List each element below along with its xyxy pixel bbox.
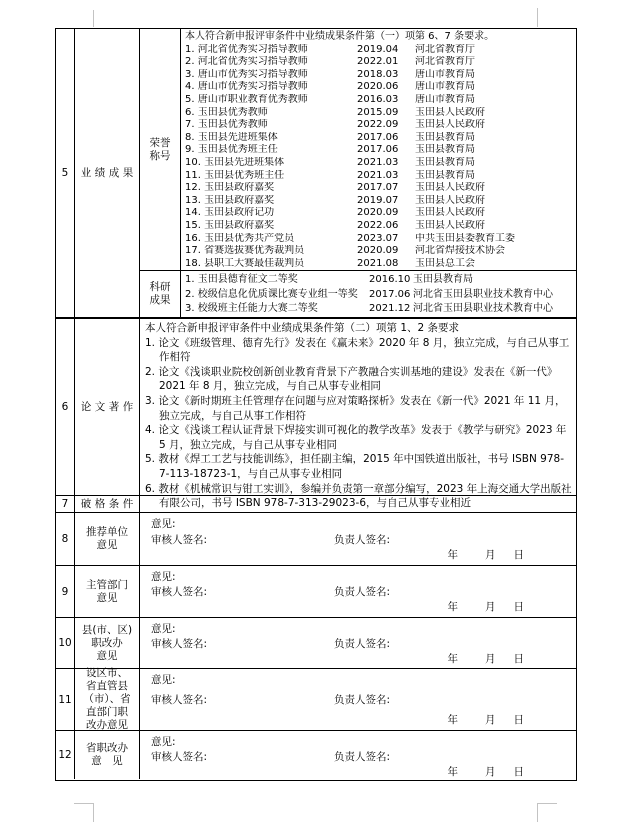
- honor-name: 10. 玉田县先进班集体: [185, 157, 357, 170]
- publications-cell: 本人符合新申报评审条件中业绩成果条件第（二）项第 1、2 条要求 1. 论文《班…: [140, 319, 576, 495]
- margin-mark-bottom-right-h: [537, 803, 557, 804]
- principal-signature-label: 负责人签名:: [334, 584, 390, 599]
- day-label: 日: [514, 601, 525, 613]
- honor-item: 16. 玉田县优秀共产党员 2023.07 中共玉田县委教育工委: [185, 233, 573, 246]
- research-agency: 河北省玉田县职业技术教育中心: [413, 288, 573, 303]
- honor-date: 2016.03: [357, 94, 415, 107]
- honor-agency: 玉田县人民政府: [415, 195, 573, 208]
- honor-name: 3. 唐山市优秀实习指导教师: [185, 69, 357, 82]
- signature-line: 审核人签名: 负责人签名:: [151, 692, 576, 707]
- honor-name: 6. 玉田县优秀教师: [185, 107, 357, 120]
- publication-item: 2. 论文《浅谈职业院校创新创业教育背景下产教融合实训基地的建设》发表在《新一代…: [145, 365, 572, 394]
- honor-agency: 河北省教育厅: [415, 44, 573, 57]
- honor-date: 2022.01: [357, 56, 415, 69]
- row-label-publications: 论文著作: [75, 319, 140, 495]
- honor-name: 2. 河北省优秀实习指导教师: [185, 56, 357, 69]
- honor-agency: 中共玉田县委教育工委: [415, 233, 573, 246]
- honor-item: 11. 玉田县优秀班主任 2021.03 玉田县教育局: [185, 170, 573, 183]
- table-row-opinion: 8 推荐单位 意见 意见: 审核人签名: 负责人签名: 年月日: [56, 513, 576, 566]
- honor-name: 14. 玉田县政府记功: [185, 207, 357, 220]
- honor-list-cell: 本人符合新申报评审条件中业绩成果条件第（一）项第 6、7 条要求。 1. 河北省…: [181, 29, 576, 270]
- research-item: 1. 玉田县德育征文二等奖 2016.10 玉田县教育局: [185, 273, 573, 288]
- table-row-opinion: 10 县(市、区) 职改办 意见 意见: 审核人签名: 负责人签名: 年月日: [56, 618, 576, 669]
- year-label: 年: [448, 601, 459, 613]
- date-line: 年月日: [151, 547, 576, 562]
- row-label-achievements: 业绩成果: [75, 29, 140, 317]
- honor-agency: 玉田县人民政府: [415, 107, 573, 120]
- signature-line: 审核人签名: 负责人签名:: [151, 584, 576, 599]
- row-number: 12: [56, 731, 75, 779]
- honor-section: 荣誉 称号 本人符合新申报评审条件中业绩成果条件第（一）项第 6、7 条要求。 …: [140, 29, 576, 271]
- year-label: 年: [448, 714, 459, 726]
- day-label: 日: [514, 549, 525, 561]
- publications-list: 1. 论文《班级管理、德育先行》发表在《赢未来》2020 年 8 月，独立完成，…: [145, 336, 572, 511]
- day-label: 日: [514, 714, 525, 726]
- year-label: 年: [448, 549, 459, 561]
- honor-item: 1. 河北省优秀实习指导教师 2019.04 河北省教育厅: [185, 44, 573, 57]
- honor-date: 2017.07: [357, 182, 415, 195]
- research-agency: 玉田县教育局: [413, 273, 573, 288]
- research-item: 2. 校级信息化优质课比赛专业组一等奖 2017.06 河北省玉田县职业技术教育…: [185, 288, 573, 303]
- principal-signature-label: 负责人签名:: [334, 636, 390, 651]
- honor-date: 2019.04: [357, 44, 415, 57]
- honor-item: 10. 玉田县先进班集体 2021.03 玉田县教育局: [185, 157, 573, 170]
- honor-agency: 河北省教育厅: [415, 56, 573, 69]
- honor-date: 2017.06: [357, 144, 415, 157]
- day-label: 日: [514, 766, 525, 778]
- honor-date: 2020.09: [357, 207, 415, 220]
- honor-agency: 唐山市教育局: [415, 94, 573, 107]
- exception-conditions-cell[interactable]: [140, 496, 576, 512]
- honor-item: 14. 玉田县政府记功 2020.09 玉田县人民政府: [185, 207, 573, 220]
- month-label: 月: [485, 714, 496, 726]
- opinion-cell[interactable]: 意见: 审核人签名: 负责人签名: 年月日: [140, 513, 576, 565]
- honor-agency: 玉田县人民政府: [415, 207, 573, 220]
- honor-name: 8. 玉田县先进班集体: [185, 132, 357, 145]
- honor-date: 2021.08: [357, 258, 415, 271]
- opinion-cell[interactable]: 意见: 审核人签名: 负责人签名: 年月日: [140, 566, 576, 617]
- row-label-opinion: 主管部门 意见: [75, 566, 140, 617]
- table-row-publications: 6 论文著作 本人符合新申报评审条件中业绩成果条件第（二）项第 1、2 条要求 …: [56, 319, 576, 496]
- opinion-label: 意见:: [151, 734, 576, 749]
- row-number: 11: [56, 669, 75, 730]
- month-label: 月: [485, 653, 496, 665]
- honor-name: 11. 玉田县优秀班主任: [185, 170, 357, 183]
- row-number: 5: [56, 29, 75, 317]
- honor-name: 15. 玉田县政府嘉奖: [185, 220, 357, 233]
- honor-item: 5. 唐山市职业教育优秀教师 2016.03 唐山市教育局: [185, 94, 573, 107]
- principal-signature-label: 负责人签名:: [334, 532, 390, 547]
- honor-agency: 玉田县教育局: [415, 157, 573, 170]
- signature-line: 审核人签名: 负责人签名:: [151, 532, 576, 547]
- table-row-achievements: 5 业绩成果 荣誉 称号 本人符合新申报评审条件中业绩成果条件第（一）项第 6、…: [56, 29, 576, 319]
- honor-date: 2015.09: [357, 107, 415, 120]
- opinion-cell[interactable]: 意见: 审核人签名: 负责人签名: 年月日: [140, 618, 576, 668]
- honor-name: 16. 玉田县优秀共产党员: [185, 233, 357, 246]
- margin-mark-bottom-right-v: [537, 803, 538, 822]
- row-label-opinion: 推荐单位 意见: [75, 513, 140, 565]
- date-line: 年月日: [151, 599, 576, 614]
- date-line: 年月日: [151, 764, 576, 779]
- honor-agency: 玉田县人民政府: [415, 119, 573, 132]
- honor-date: 2022.06: [357, 220, 415, 233]
- honor-agency: 唐山市教育局: [415, 81, 573, 94]
- honor-date: 2020.06: [357, 81, 415, 94]
- honor-agency: 玉田县总工会: [415, 258, 573, 271]
- row-label-opinion: 设区市、 省直管县 （市）、省 直部门职 改办意见: [75, 669, 140, 730]
- research-list-cell: 1. 玉田县德育征文二等奖 2016.10 玉田县教育局 2. 校级信息化优质课…: [181, 271, 576, 317]
- opinion-label: 意见:: [151, 621, 576, 636]
- publications-requirement-statement: 本人符合新申报评审条件中业绩成果条件第（二）项第 1、2 条要求: [145, 321, 572, 336]
- sublabel-honor-titles: 荣誉 称号: [140, 29, 181, 270]
- principal-signature-label: 负责人签名:: [334, 692, 390, 707]
- honor-item: 13. 玉田县政府嘉奖 2019.07 玉田县人民政府: [185, 195, 573, 208]
- honor-item: 18. 县职工大赛最佳裁判员 2021.08 玉田县总工会: [185, 258, 573, 271]
- reviewer-signature-label: 审核人签名:: [151, 751, 207, 763]
- row-number: 8: [56, 513, 75, 565]
- margin-mark-bottom-left-v: [93, 803, 94, 822]
- honor-date: 2022.09: [357, 119, 415, 132]
- honor-requirement-statement: 本人符合新申报评审条件中业绩成果条件第（一）项第 6、7 条要求。: [185, 31, 573, 44]
- publication-item: 5. 教材《焊工工艺与技能训练》，担任副主编，2015 年中国铁道出版社，书号 …: [145, 452, 572, 481]
- research-name: 2. 校级信息化优质课比赛专业组一等奖: [185, 288, 369, 303]
- row-label-exception: 破格条件: [75, 496, 140, 512]
- year-label: 年: [448, 766, 459, 778]
- research-date: 2021.12: [369, 302, 413, 317]
- principal-signature-label: 负责人签名:: [334, 749, 390, 764]
- honor-item: 7. 玉田县优秀教师 2022.09 玉田县人民政府: [185, 119, 573, 132]
- row-number: 9: [56, 566, 75, 617]
- honor-item: 6. 玉田县优秀教师 2015.09 玉田县人民政府: [185, 107, 573, 120]
- row-number: 7: [56, 496, 75, 512]
- day-label: 日: [514, 653, 525, 665]
- table-row-opinion: 9 主管部门 意见 意见: 审核人签名: 负责人签名: 年月日: [56, 566, 576, 618]
- row-number: 6: [56, 319, 75, 495]
- honor-list: 1. 河北省优秀实习指导教师 2019.04 河北省教育厅 2. 河北省优秀实习…: [185, 44, 573, 271]
- opinion-label: 意见:: [151, 516, 576, 531]
- honor-date: 2021.03: [357, 170, 415, 183]
- honor-date: 2023.07: [357, 233, 415, 246]
- row-number: 10: [56, 618, 75, 668]
- margin-mark-bottom-left-h: [74, 803, 94, 804]
- month-label: 月: [485, 601, 496, 613]
- publication-item: 3. 论文《新时期班主任管理存在问题与应对策略探析》发表在《新一代》2021 年…: [145, 394, 572, 423]
- honor-date: 2019.07: [357, 195, 415, 208]
- honor-name: 7. 玉田县优秀教师: [185, 119, 357, 132]
- honor-date: 2017.06: [357, 132, 415, 145]
- row-label-opinion: 县(市、区) 职改办 意见: [75, 618, 140, 668]
- month-label: 月: [485, 549, 496, 561]
- honor-name: 17. 省赛选拔赛优秀裁判员: [185, 245, 357, 258]
- honor-date: 2021.03: [357, 157, 415, 170]
- honor-item: 15. 玉田县政府嘉奖 2022.06 玉田县人民政府: [185, 220, 573, 233]
- honor-item: 12. 玉田县政府嘉奖 2017.07 玉田县人民政府: [185, 182, 573, 195]
- honor-agency: 唐山市教育局: [415, 69, 573, 82]
- honor-agency: 玉田县教育局: [415, 144, 573, 157]
- honor-name: 4. 唐山市优秀实习指导教师: [185, 81, 357, 94]
- honor-date: 2020.09: [357, 245, 415, 258]
- year-label: 年: [448, 653, 459, 665]
- sublabel-research-results: 科研 成果: [140, 271, 181, 317]
- research-name: 3. 校级班主任能力大赛二等奖: [185, 302, 369, 317]
- honor-name: 9. 玉田县优秀班主任: [185, 144, 357, 157]
- review-form-table: 5 业绩成果 荣誉 称号 本人符合新申报评审条件中业绩成果条件第（一）项第 6、…: [55, 28, 577, 781]
- research-list: 1. 玉田县德育征文二等奖 2016.10 玉田县教育局 2. 校级信息化优质课…: [185, 273, 573, 317]
- date-line: 年月日: [151, 712, 576, 727]
- research-date: 2017.06: [369, 288, 413, 303]
- table-row-opinion: 12 省职改办 意 见 意见: 审核人签名: 负责人签名: 年月日: [56, 731, 576, 779]
- honor-agency: 玉田县教育局: [415, 132, 573, 145]
- honor-agency: 河北省焊接技术协会: [415, 245, 573, 258]
- reviewer-signature-label: 审核人签名:: [151, 638, 207, 650]
- honor-name: 5. 唐山市职业教育优秀教师: [185, 94, 357, 107]
- honor-agency: 玉田县教育局: [415, 170, 573, 183]
- opinion-cell[interactable]: 意见: 审核人签名: 负责人签名: 年月日: [140, 731, 576, 779]
- publication-item: 4. 论文《浅谈工程认证背景下焊接实训可视化的教学改革》发表于《教学与研究》20…: [145, 423, 572, 452]
- row-label-opinion: 省职改办 意 见: [75, 731, 140, 779]
- honor-agency: 玉田县人民政府: [415, 182, 573, 195]
- honor-item: 8. 玉田县先进班集体 2017.06 玉田县教育局: [185, 132, 573, 145]
- research-item: 3. 校级班主任能力大赛二等奖 2021.12 河北省玉田县职业技术教育中心: [185, 302, 573, 317]
- signature-line: 审核人签名: 负责人签名:: [151, 749, 576, 764]
- honor-item: 4. 唐山市优秀实习指导教师 2020.06 唐山市教育局: [185, 81, 573, 94]
- honor-item: 2. 河北省优秀实习指导教师 2022.01 河北省教育厅: [185, 56, 573, 69]
- opinion-cell[interactable]: 意见: 审核人签名: 负责人签名: 年月日: [140, 669, 576, 730]
- honor-item: 3. 唐山市优秀实习指导教师 2018.03 唐山市教育局: [185, 69, 573, 82]
- table-row-exception-conditions: 7 破格条件: [56, 496, 576, 513]
- reviewer-signature-label: 审核人签名:: [151, 534, 207, 546]
- research-name: 1. 玉田县德育征文二等奖: [185, 273, 369, 288]
- research-section: 科研 成果 1. 玉田县德育征文二等奖 2016.10 玉田县教育局 2. 校级…: [140, 271, 576, 317]
- honor-date: 2018.03: [357, 69, 415, 82]
- signature-line: 审核人签名: 负责人签名:: [151, 636, 576, 651]
- reviewer-signature-label: 审核人签名:: [151, 586, 207, 598]
- table-row-opinion: 11 设区市、 省直管县 （市）、省 直部门职 改办意见 意见: 审核人签名: …: [56, 669, 576, 731]
- honor-agency: 玉田县人民政府: [415, 220, 573, 233]
- honor-name: 13. 玉田县政府嘉奖: [185, 195, 357, 208]
- margin-mark-top-left: [93, 10, 94, 27]
- honor-item: 9. 玉田县优秀班主任 2017.06 玉田县教育局: [185, 144, 573, 157]
- reviewer-signature-label: 审核人签名:: [151, 694, 207, 706]
- honor-name: 18. 县职工大赛最佳裁判员: [185, 258, 357, 271]
- honor-item: 17. 省赛选拔赛优秀裁判员 2020.09 河北省焊接技术协会: [185, 245, 573, 258]
- honor-name: 1. 河北省优秀实习指导教师: [185, 44, 357, 57]
- honor-name: 12. 玉田县政府嘉奖: [185, 182, 357, 195]
- research-date: 2016.10: [369, 273, 413, 288]
- date-line: 年月日: [151, 651, 576, 666]
- research-agency: 河北省玉田县职业技术教育中心: [413, 302, 573, 317]
- month-label: 月: [485, 766, 496, 778]
- publication-item: 1. 论文《班级管理、德育先行》发表在《赢未来》2020 年 8 月，独立完成，…: [145, 336, 572, 365]
- margin-mark-top-right: [537, 8, 538, 27]
- opinion-label: 意见:: [151, 569, 576, 584]
- opinion-label: 意见:: [151, 672, 576, 687]
